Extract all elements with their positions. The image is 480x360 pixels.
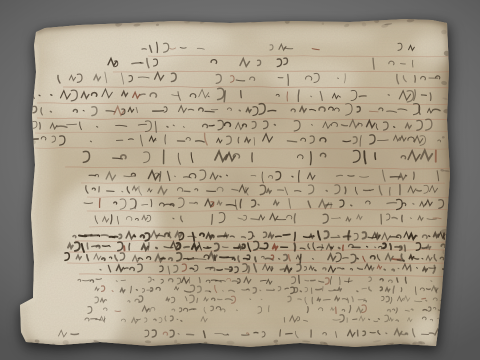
- stone-tablet: [17, 17, 453, 349]
- artifact-photograph: [0, 0, 480, 360]
- tablet-shadow-wrapper: [0, 0, 480, 360]
- tablet-artwork: [17, 17, 453, 349]
- stone-grain-texture: [17, 17, 453, 349]
